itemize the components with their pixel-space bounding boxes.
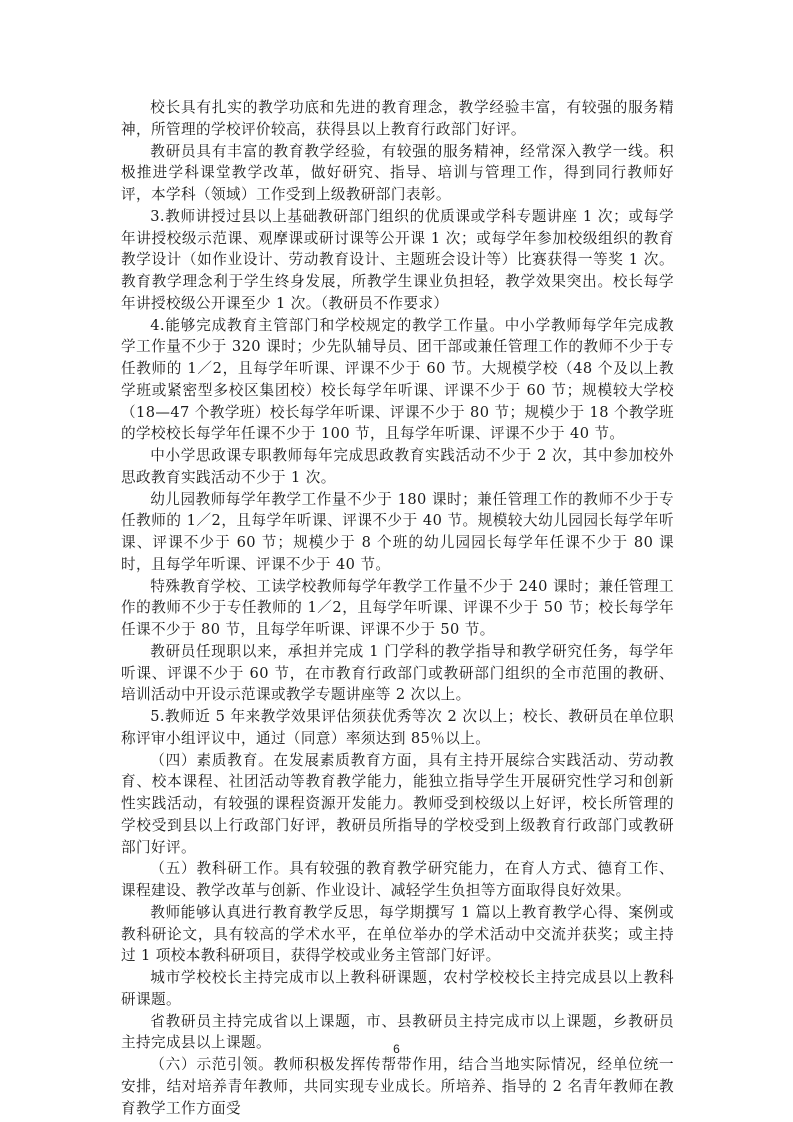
paragraph-researcher-tasks: 教研员任现职以来，承担并完成 1 门学科的教学指导和教学研究任务，每学年听课、评…: [121, 641, 674, 706]
paragraph-ideology-teachers: 中小学思政课专职教师每年完成思政教育实践活动不少于 2 次，其中参加校外思政教育…: [121, 445, 674, 489]
paragraph-item-5-evaluation: 5.教师近 5 年来教学效果评估须获优秀等次 2 次以上；校长、教研员在单位职称…: [121, 706, 674, 750]
paragraph-principal-research: 城市学校校长主持完成市以上教科研课题，农村学校校长主持完成县以上教科研课题。: [121, 967, 674, 1011]
paragraph-section-6-mentoring: （六）示范引领。教师积极发挥传帮带作用，结合当地实际情况，经单位统一安排，结对培…: [121, 1054, 674, 1119]
page-number: 6: [0, 1042, 793, 1056]
paragraph-item-4-workload: 4.能够完成教育主管部门和学校规定的教学工作量。中小学教师每学年完成教学工作量不…: [121, 315, 674, 446]
document-body: 校长具有扎实的教学功底和先进的教育理念，教学经验丰富，有较强的服务精神，所管理的…: [121, 97, 674, 1119]
paragraph-section-4-quality-education: （四）素质教育。在发展素质教育方面，具有主持开展综合实践活动、劳动教育、校本课程…: [121, 750, 674, 859]
paragraph-principal-qualifications: 校长具有扎实的教学功底和先进的教育理念，教学经验丰富，有较强的服务精神，所管理的…: [121, 97, 674, 141]
paragraph-special-education: 特殊教育学校、工读学校教师每学年教学工作量不少于 240 课时；兼任管理工作的教…: [121, 576, 674, 641]
paragraph-researcher-qualifications: 教研员具有丰富的教育教学经验，有较强的服务精神，经常深入教学一线。积极推进学科课…: [121, 141, 674, 206]
paragraph-teacher-reflection: 教师能够认真进行教育教学反思，每学期撰写 1 篇以上教育教学心得、案例或教科研论…: [121, 902, 674, 967]
paragraph-kindergarten-teachers: 幼儿园教师每学年教学工作量不少于 180 课时；兼任管理工作的教师不少于专任教师…: [121, 489, 674, 576]
paragraph-item-3-lectures: 3.教师讲授过县以上基础教研部门组织的优质课或学科专题讲座 1 次；或每学年讲授…: [121, 206, 674, 315]
paragraph-section-5-research: （五）教科研工作。具有较强的教育教学研究能力，在育人方式、德育工作、课程建设、教…: [121, 858, 674, 902]
